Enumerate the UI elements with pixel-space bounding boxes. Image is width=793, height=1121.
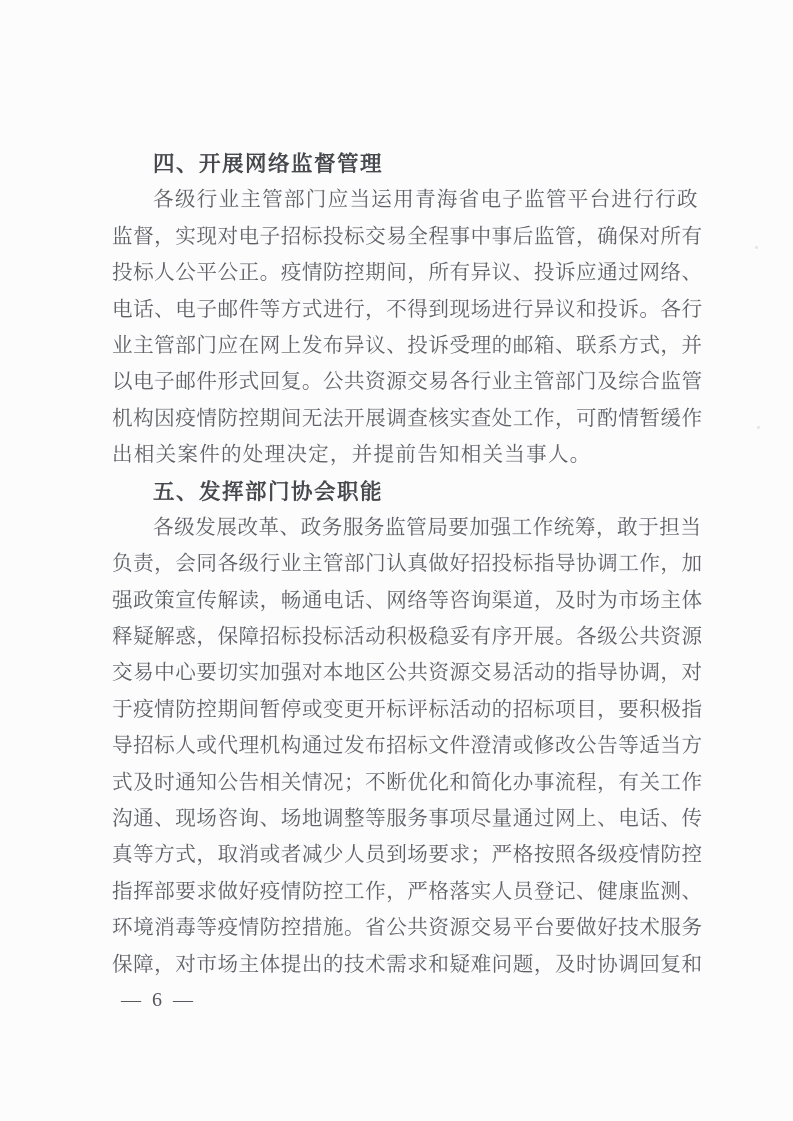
text-line: 强政策宣传解读，畅通电话、网络等咨询渠道，及时为市场主体 — [112, 583, 698, 619]
text-line: 交易中心要切实加强对本地区公共资源交易活动的指导协调，对 — [112, 655, 698, 691]
text-line: 业主管部门应在网上发布异议、投诉受理的邮箱、联系方式，并 — [112, 328, 698, 364]
text-line: 机构因疫情防控期间无法开展调查核实查处工作，可酌情暂缓作 — [112, 401, 698, 437]
text-line: 投标人公平公正。疫情防控期间，所有异议、投诉应通过网络、 — [112, 255, 698, 291]
text-line: 式及时通知公告相关情况；不断优化和简化办事流程，有关工作 — [112, 765, 698, 801]
scan-speck — [757, 426, 760, 429]
document-body: 四、开展网络监督管理 各级行业主管部门应当运用青海省电子监管平台进行行政 监督，… — [112, 146, 698, 983]
text-line: 出相关案件的处理决定，并提前告知相关当事人。 — [112, 437, 698, 473]
text-line: 以电子邮件形式回复。公共资源交易各行业主管部门及综合监管 — [112, 364, 698, 400]
section-heading-4: 四、开展网络监督管理 — [112, 146, 698, 182]
text-line: 环境消毒等疫情防控措施。省公共资源交易平台要做好技术服务 — [112, 910, 698, 946]
text-line: 各级行业主管部门应当运用青海省电子监管平台进行行政 — [112, 182, 698, 218]
text-line: 释疑解惑，保障招标投标活动积极稳妥有序开展。各级公共资源 — [112, 619, 698, 655]
text-line: 指挥部要求做好疫情防控工作，严格落实人员登记、健康监测、 — [112, 874, 698, 910]
page-footer: — 6 — — [121, 988, 196, 1012]
document-page: 四、开展网络监督管理 各级行业主管部门应当运用青海省电子监管平台进行行政 监督，… — [0, 0, 793, 1121]
text-line: 电话、电子邮件等方式进行，不得到现场进行异议和投诉。各行 — [112, 292, 698, 328]
text-line: 负责，会同各级行业主管部门认真做好招投标指导协调工作，加 — [112, 546, 698, 582]
text-line: 真等方式，取消或者减少人员到场要求；严格按照各级疫情防控 — [112, 837, 698, 873]
page-number: — 6 — — [121, 989, 196, 1011]
text-line: 保障，对市场主体提出的技术需求和疑难问题，及时协调回复和 — [112, 947, 698, 983]
text-line: 于疫情防控期间暂停或变更开标评标活动的招标项目，要积极指 — [112, 692, 698, 728]
text-line: 各级发展改革、政务服务监管局要加强工作统筹，敢于担当 — [112, 510, 698, 546]
scan-speck — [755, 246, 758, 249]
text-line: 监督，实现对电子招标投标交易全程事中事后监管，确保对所有 — [112, 219, 698, 255]
text-line: 沟通、现场咨询、场地调整等服务事项尽量通过网上、电话、传 — [112, 801, 698, 837]
text-line: 导招标人或代理机构通过发布招标文件澄清或修改公告等适当方 — [112, 728, 698, 764]
section-heading-5: 五、发挥部门协会职能 — [112, 474, 698, 510]
